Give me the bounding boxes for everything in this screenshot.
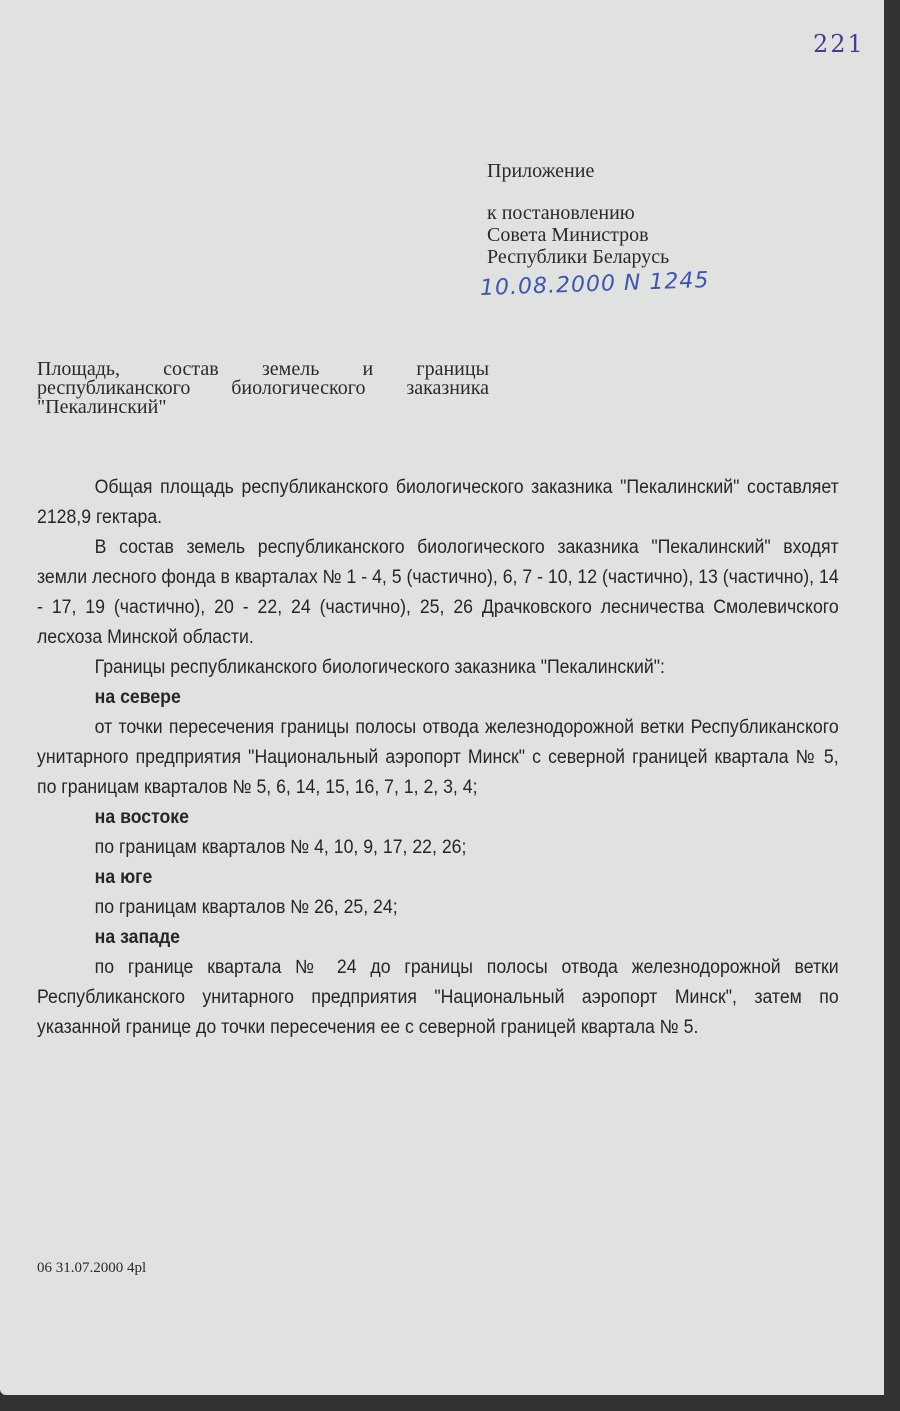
boundary-heading-east: на востоке (37, 803, 839, 833)
boundary-heading-north: на севере (37, 683, 839, 713)
paragraph-total-area: Общая площадь республиканского биологиче… (37, 473, 839, 533)
appendix-line: к постановлению (487, 202, 669, 224)
boundary-text-east: по границам кварталов № 4, 10, 9, 17, 22… (37, 833, 839, 863)
appendix-title: Приложение (487, 160, 669, 182)
handwritten-date-number: 10.08.2000 N 1245 (480, 268, 710, 301)
document-body: Общая площадь республиканского биологиче… (37, 473, 839, 1043)
boundary-heading-west: на западе (37, 923, 839, 953)
boundary-text-south: по границам кварталов № 26, 25, 24; (37, 893, 839, 923)
boundaries-intro: Границы республиканского биологического … (37, 653, 839, 683)
page-number-stamp: 221 (813, 30, 865, 58)
footer-document-code: 06 31.07.2000 4pl (37, 1260, 146, 1277)
appendix-line: Республики Беларусь (487, 246, 669, 268)
title-line: "Пекалинский" (37, 398, 489, 417)
appendix-block: Приложение к постановлению Совета Минист… (487, 160, 669, 268)
paragraph-land-composition: В состав земель республиканского биологи… (37, 533, 839, 653)
boundary-heading-south: на юге (37, 863, 839, 893)
boundary-text-north: от точки пересечения границы полосы отво… (37, 713, 839, 803)
document-title: Площадь, состав земель и границы республ… (37, 360, 489, 417)
document-page: 221 Приложение к постановлению Совета Ми… (0, 0, 884, 1395)
appendix-line: Совета Министров (487, 224, 669, 246)
boundary-text-west: по границе квартала № 24 до границы поло… (37, 953, 839, 1043)
